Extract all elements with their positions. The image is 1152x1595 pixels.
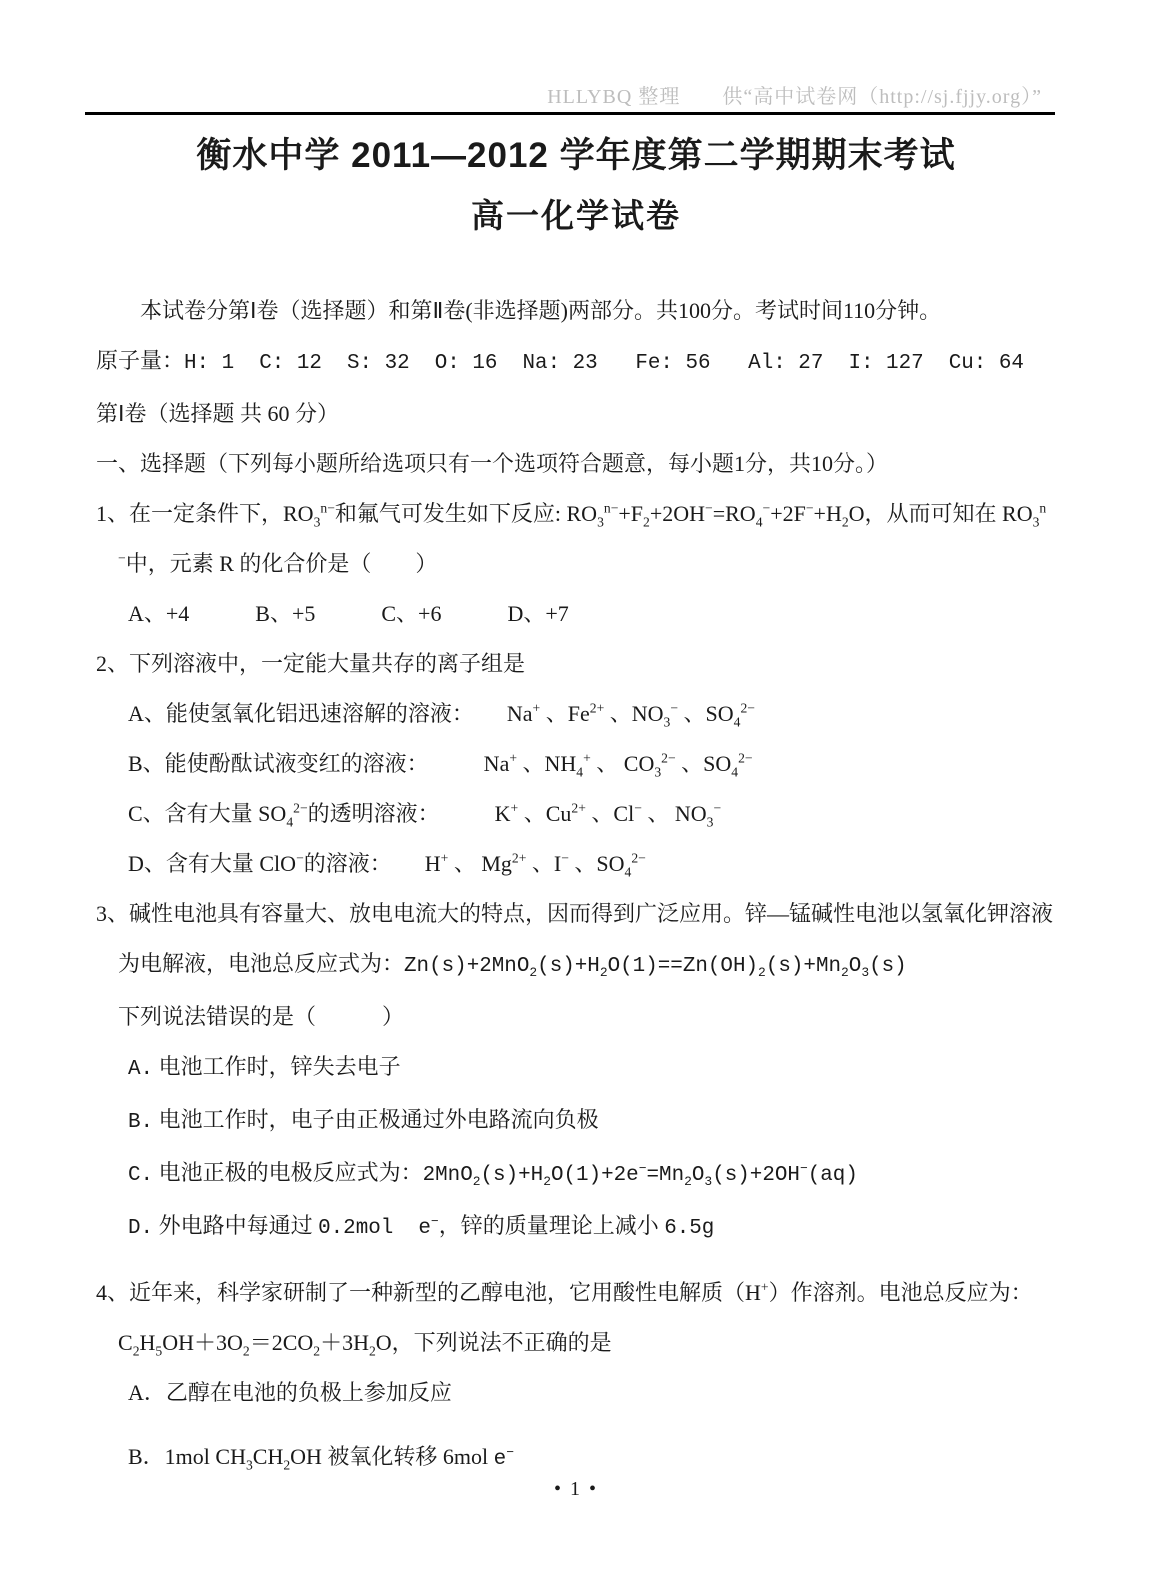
document-line: A．乙醇在电池的负极上参加反应 (96, 1368, 1060, 1418)
document-line: 一、选择题（下列每小题所给选项只有一个选项符合题意，每小题1分，共10分。） (96, 439, 1060, 489)
page-subtitle: 高一化学试卷 (0, 190, 1152, 237)
document-line: C2H5OH＋3O2＝2CO2＋3H2O，下列说法不正确的是 (96, 1318, 1060, 1368)
document-line: B. 电池工作时，电子由正极通过外电路流向负极 (96, 1095, 1060, 1148)
header-rule (85, 112, 1055, 115)
document-line: 下列说法错误的是（ ） (96, 992, 1060, 1042)
document-line: C. 电池正极的电极反应式为：2MnO2(s)+H2O(1)+2e−=Mn2O3… (96, 1148, 1060, 1201)
document-line: A、+4 B、+5 C、+6 D、+7 (96, 589, 1060, 639)
document-line: A、能使氢氧化铝迅速溶解的溶液： Na+ 、Fe2+ 、NO3− 、SO42− (96, 689, 1060, 739)
document-line: 4、近年来，科学家研制了一种新型的乙醇电池，它用酸性电解质（H+）作溶剂。电池总… (96, 1268, 1060, 1318)
document-line: 第Ⅰ卷（选择题 共 60 分） (96, 389, 1060, 439)
exam-page: HLLYBQ 整理 供“高中试卷网（http://sj.fjjy.org）” 衡… (0, 0, 1152, 1595)
document-line: 原子量：H: 1 C: 12 S: 32 O: 16 Na: 23 Fe: 56… (96, 336, 1060, 389)
document-line: A. 电池工作时，锌失去电子 (96, 1042, 1060, 1095)
document-line: 本试卷分第Ⅰ卷（选择题）和第Ⅱ卷(非选择题)两部分。共100分。考试时间110分… (96, 286, 1060, 336)
page-title: 衡水中学 2011—2012 学年度第二学期期末考试 (0, 128, 1152, 178)
document-line: −中，元素 R 的化合价是（ ） (96, 539, 1060, 589)
document-line: C、含有大量 SO42−的透明溶液： K+ 、Cu2+ 、Cl− 、 NO3− (96, 789, 1060, 839)
header-note: HLLYBQ 整理 供“高中试卷网（http://sj.fjjy.org）” (547, 80, 1042, 109)
document-line: 2、下列溶液中，一定能大量共存的离子组是 (96, 639, 1060, 689)
document-line: D. 外电路中每通过 0.2mol e−，锌的质量理论上减小 6.5g (96, 1201, 1060, 1254)
document-line: B、能使酚酞试液变红的溶液： Na+ 、NH4+ 、 CO32− 、SO42− (96, 739, 1060, 789)
document-line: D、含有大量 ClO−的溶液： H+ 、 Mg2+ 、I− 、SO42− (96, 839, 1060, 889)
document-line: 3、碱性电池具有容量大、放电电流大的特点，因而得到广泛应用。锌—锰碱性电池以氢氧… (96, 889, 1060, 939)
document-line: 1、在一定条件下，RO3n−和氟气可发生如下反应: RO3n−+F2+2OH−=… (96, 489, 1060, 539)
document-line: 为电解液，电池总反应式为：Zn(s)+2MnO2(s)+H2O(1)==Zn(O… (96, 939, 1060, 992)
document-body: 本试卷分第Ⅰ卷（选择题）和第Ⅱ卷(非选择题)两部分。共100分。考试时间110分… (96, 286, 1060, 1485)
page-number: • 1 • (0, 1478, 1152, 1501)
